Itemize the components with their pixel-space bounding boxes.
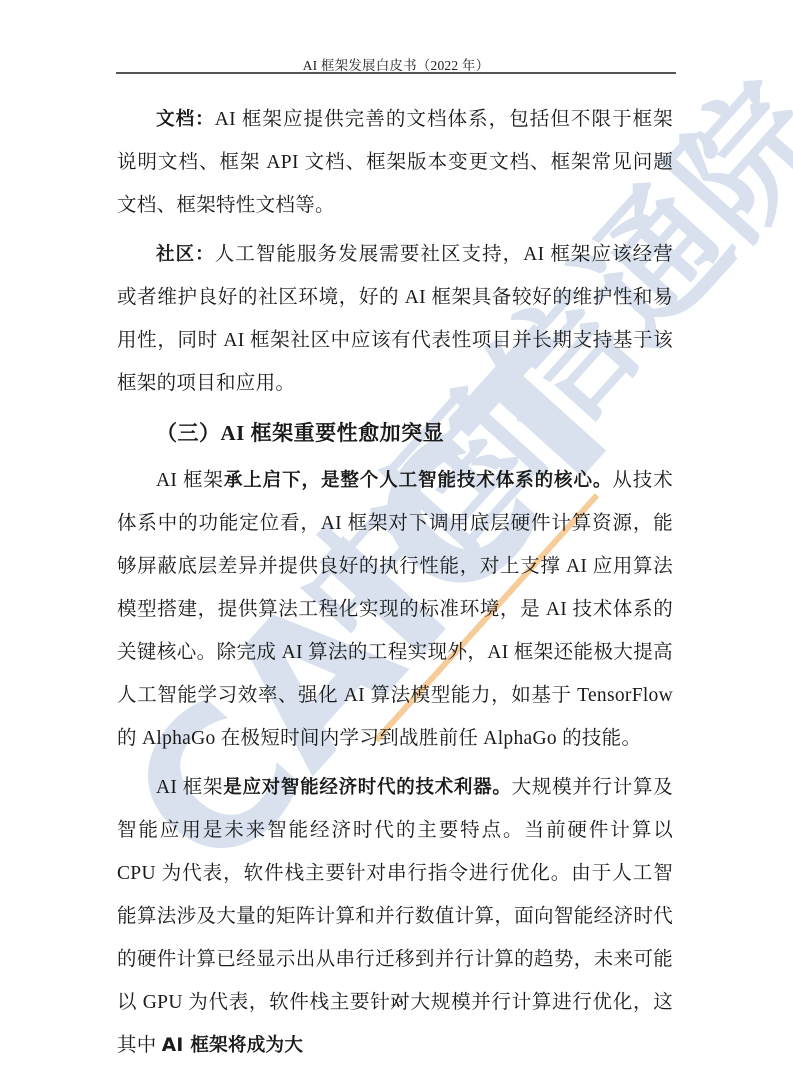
page-number: 13 [0, 994, 793, 1010]
page-body: 文档：AI 框架应提供完善的文档体系，包括但不限于框架说明文档、框架 API 文… [117, 98, 673, 1067]
paragraph-core: AI 框架承上启下，是整个人工智能技术体系的核心。从技术体系中的功能定位看，AI… [117, 459, 673, 760]
paragraph-lead: 是应对智能经济时代的技术利器。 [223, 777, 511, 798]
paragraph-lead: 文档： [156, 109, 215, 130]
paragraph-lead: 承上启下，是整个人工智能技术体系的核心。 [224, 470, 613, 491]
paragraph-text: 人工智能服务发展需要社区支持，AI 框架应该经营或者维护良好的社区环境，好的 A… [117, 244, 673, 394]
document-page: AI 框架发展白皮书（2022 年） CAICT 中国信通院 文档：AI 框架应… [0, 0, 793, 1077]
paragraph-community: 社区：人工智能服务发展需要社区支持，AI 框架应该经营或者维护良好的社区环境，好… [117, 233, 673, 405]
paragraph-lead: 社区： [156, 244, 215, 265]
paragraph-text: 大规模并行计算及智能应用是未来智能经济时代的主要特点。当前硬件计算以 CPU 为… [117, 777, 673, 1056]
section-heading: （三）AI 框架重要性愈加突显 [117, 411, 673, 455]
paragraph-docs: 文档：AI 框架应提供完善的文档体系，包括但不限于框架说明文档、框架 API 文… [117, 98, 673, 227]
running-header: AI 框架发展白皮书（2022 年） [116, 54, 676, 74]
paragraph-prefix: AI 框架 [156, 777, 223, 798]
paragraph-prefix: AI 框架 [156, 470, 224, 491]
paragraph-trailing-bold: AI 框架将成为大 [162, 1035, 303, 1056]
paragraph-economy: AI 框架是应对智能经济时代的技术利器。大规模并行计算及智能应用是未来智能经济时… [117, 766, 673, 1067]
paragraph-text: 从技术体系中的功能定位看，AI 框架对下调用底层硬件计算资源，能够屏蔽底层差异并… [117, 470, 673, 749]
header-divider [116, 72, 676, 74]
